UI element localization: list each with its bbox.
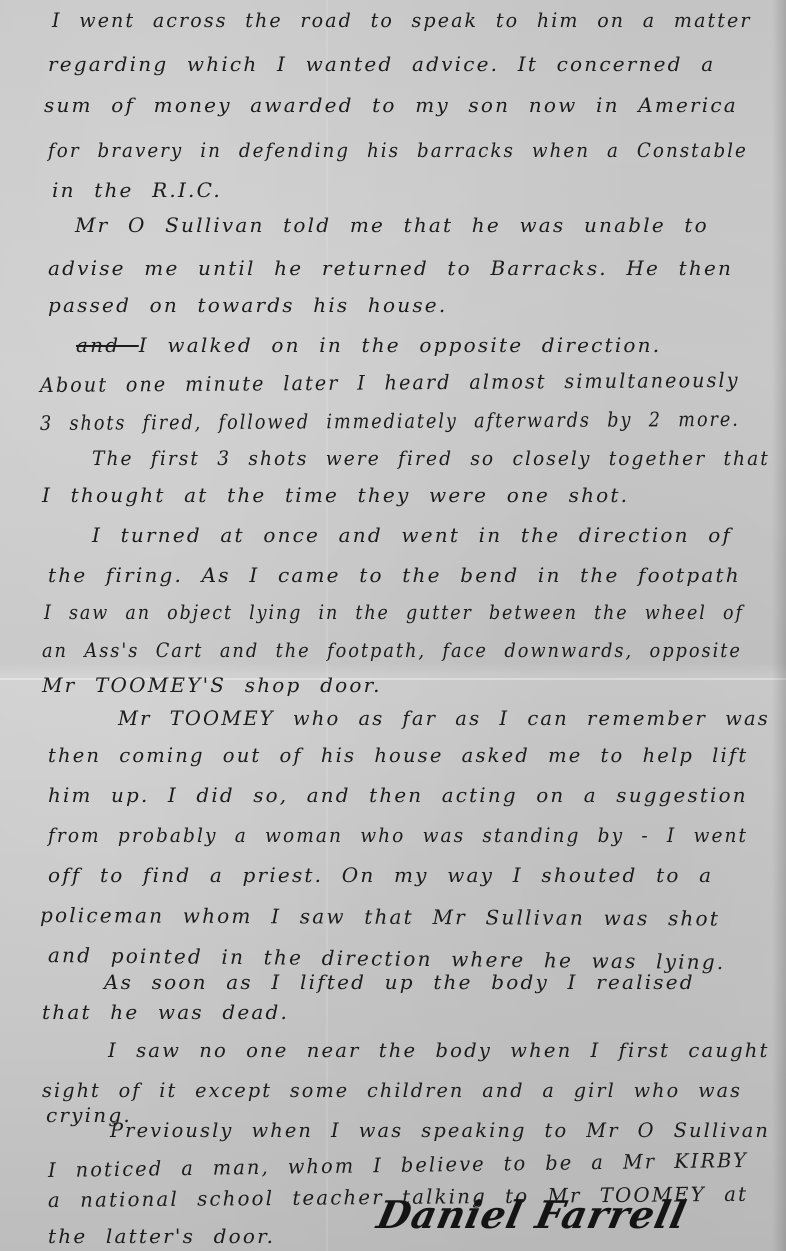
text-line: that he was dead. xyxy=(42,1000,289,1024)
text-line: policeman whom I saw that Mr Sullivan wa… xyxy=(40,903,720,931)
text-line: sum of money awarded to my son now in Am… xyxy=(44,93,738,117)
text-line: off to find a priest. On my way I shoute… xyxy=(48,863,713,887)
paper-fold-vertical xyxy=(326,0,328,1251)
text-line: advise me until he returned to Barracks.… xyxy=(48,256,733,280)
text-line: sight of it except some children and a g… xyxy=(42,1078,742,1102)
text-line: the firing. As I came to the bend in the… xyxy=(48,563,741,587)
text-line: regarding which I wanted advice. It conc… xyxy=(48,52,715,76)
text-line: for bravery in defending his barracks wh… xyxy=(48,138,748,162)
document-page: I went across the road to speak to him o… xyxy=(0,0,786,1251)
text-line: As soon as I lifted up the body I realis… xyxy=(104,970,695,994)
text-line: About one minute later I heard almost si… xyxy=(40,368,740,397)
text-line: the latter's door. xyxy=(48,1224,275,1248)
text-line: in the R.I.C. xyxy=(52,178,222,202)
text-line: Mr O Sullivan told me that he was unable… xyxy=(75,213,709,237)
signature: Daniel Farrell xyxy=(373,1192,691,1237)
text-line: passed on towards his house. xyxy=(48,293,447,317)
text-line: Mr TOOMEY who as far as I can remember w… xyxy=(118,706,770,730)
text-line: him up. I did so, and then acting on a s… xyxy=(48,783,748,807)
text-line: I saw no one near the body when I first … xyxy=(108,1038,770,1062)
text-line: Previously when I was speaking to Mr O S… xyxy=(110,1118,770,1142)
text-line: I went across the road to speak to him o… xyxy=(52,8,752,32)
text-line: Mr TOOMEY'S shop door. xyxy=(42,673,382,697)
text-line: I thought at the time they were one shot… xyxy=(42,483,629,507)
text-line: from probably a woman who was standing b… xyxy=(48,823,748,847)
text-line: I turned at once and went in the directi… xyxy=(92,523,732,547)
text-line: an Ass's Cart and the footpath, face dow… xyxy=(42,638,742,662)
text-line: 3 shots fired, followed immediately afte… xyxy=(40,407,740,435)
text-line: then coming out of his house asked me to… xyxy=(48,743,748,767)
paper-edge-shadow xyxy=(772,0,786,1251)
text-line: I noticed a man, whom I believe to be a … xyxy=(48,1148,748,1182)
text-line: The first 3 shots were fired so closely … xyxy=(92,446,770,470)
struck-word: and xyxy=(76,333,139,357)
text-line: and I walked on in the opposite directio… xyxy=(76,333,661,357)
text-line: I saw an object lying in the gutter betw… xyxy=(44,600,744,624)
